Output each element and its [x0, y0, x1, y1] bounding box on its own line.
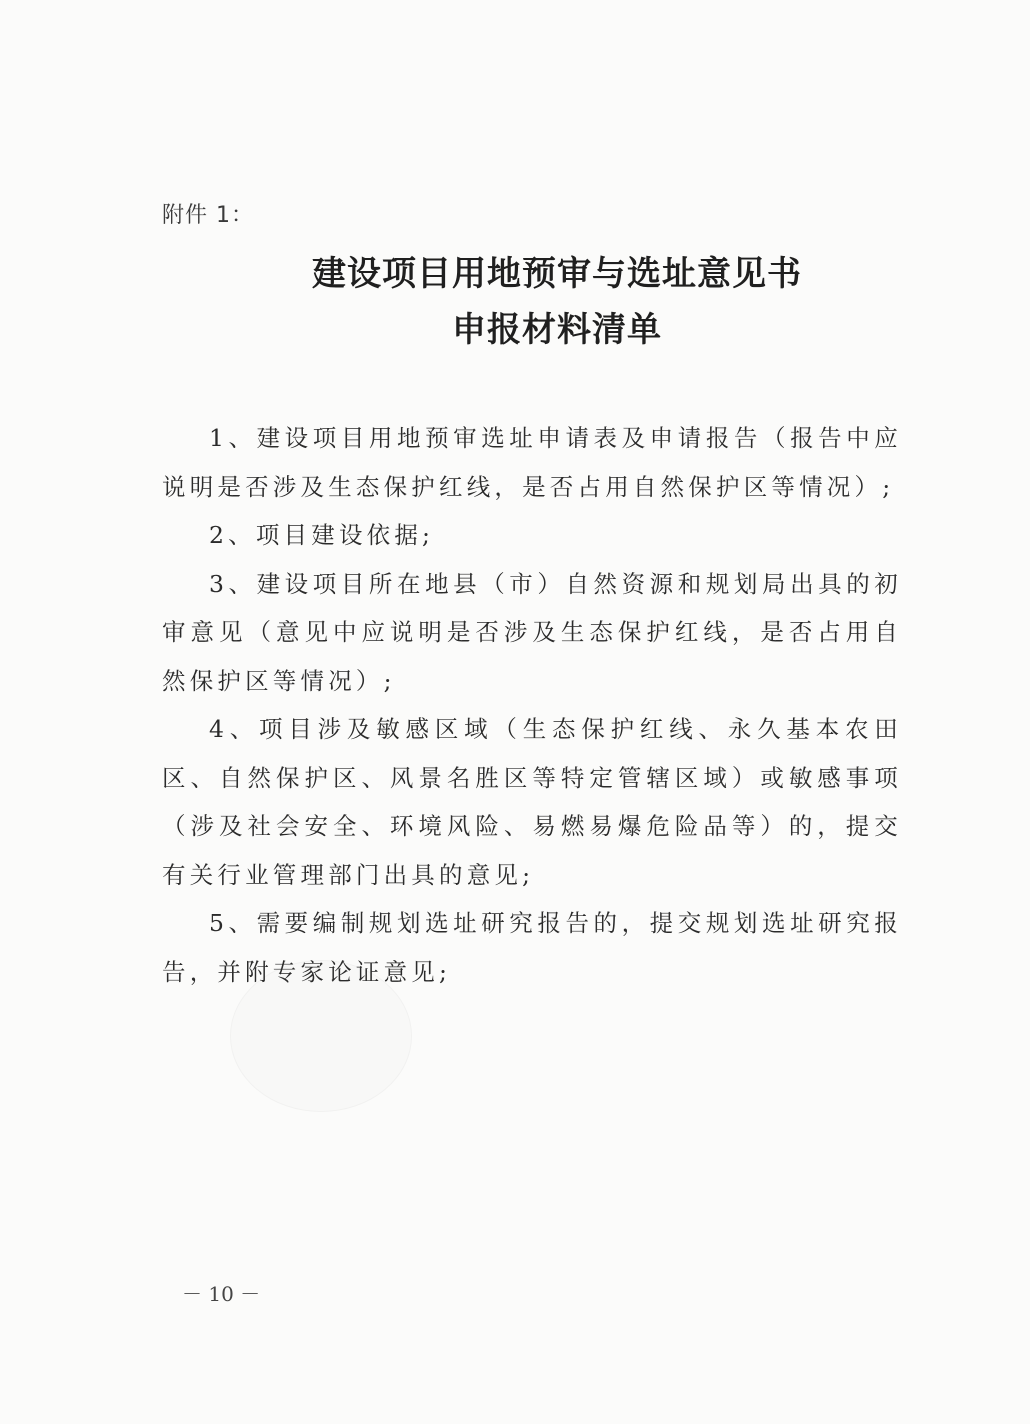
page-number: － 10 －	[182, 1278, 260, 1307]
list-item-4: 4、项目涉及敏感区域（生态保护红线、永久基本农田区、自然保护区、风景名胜区等特定…	[162, 705, 902, 899]
document-page: 附件 1： 建设项目用地预审与选址意见书 申报材料清单 1、建设项目用地预审选址…	[0, 0, 1030, 1424]
materials-list: 1、建设项目用地预审选址申请表及申请报告（报告中应说明是否涉及生态保护红线，是否…	[162, 414, 902, 996]
list-item-5: 5、需要编制规划选址研究报告的，提交规划选址研究报告，并附专家论证意见;	[162, 899, 902, 996]
list-item-2: 2、项目建设依据;	[162, 511, 902, 560]
list-item-1: 1、建设项目用地预审选址申请表及申请报告（报告中应说明是否涉及生态保护红线，是否…	[162, 414, 902, 511]
attachment-label: 附件 1：	[162, 198, 254, 229]
document-title-line2: 申报材料清单	[42, 302, 1030, 351]
list-item-3: 3、建设项目所在地县（市）自然资源和规划局出具的初审意见（意见中应说明是否涉及生…	[162, 560, 902, 706]
document-title-line1: 建设项目用地预审与选址意见书	[42, 246, 1030, 295]
